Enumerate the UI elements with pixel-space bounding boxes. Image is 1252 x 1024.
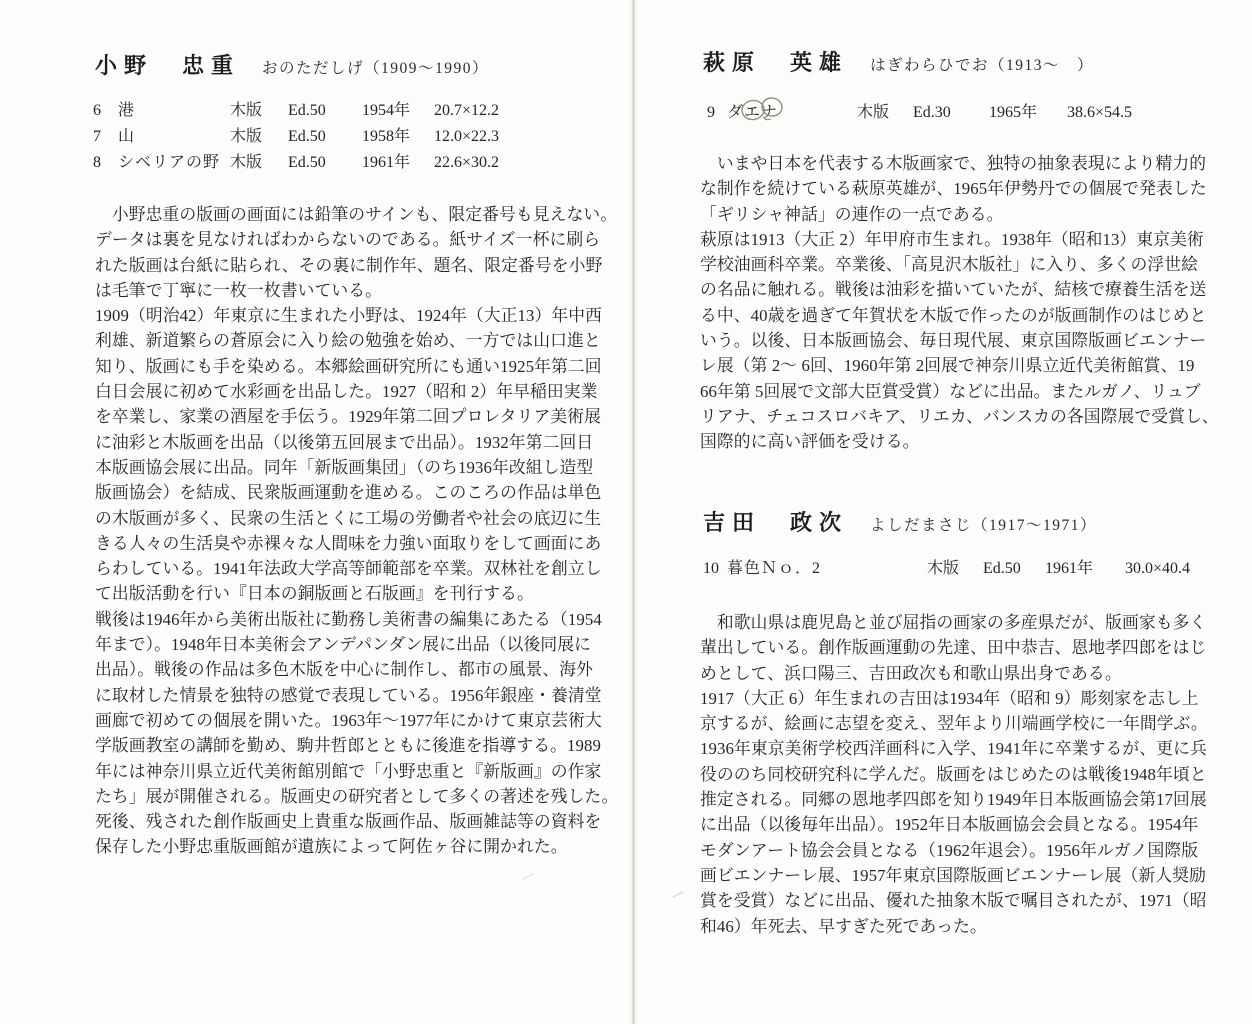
text-line: いまや日本を代表する木版画家で、独特の抽象表現により精力的 bbox=[700, 151, 1178, 176]
work-year: 1954年 bbox=[362, 98, 434, 124]
text-line: 年には神奈川県立近代美術館別館で「小野忠重と『新版画』の作家 bbox=[95, 759, 573, 784]
text-line: 年まで）。1948年日本美術会アンデパンダン展に出品（以後同展に bbox=[95, 632, 573, 657]
artist-reading: おのただしげ（1909～1990） bbox=[262, 60, 489, 77]
text-line: の木版画が多く、民衆の生活とくに工場の労働者や社会の底辺に生 bbox=[95, 506, 573, 531]
right-page: 萩原 英雄はぎわらひでお（1913～ ） 9 ダエナ 木版 Ed.30 1965… bbox=[638, 0, 1252, 1024]
text-line: データは裏を見なければわからないのである。紙サイズ一杯に刷ら bbox=[95, 227, 573, 252]
work-no: 10 bbox=[703, 556, 727, 582]
text-line: に出品（以後毎年出品）。1952年日本版画協会会員となる。1954年 bbox=[700, 812, 1178, 837]
work-no: 6 bbox=[93, 98, 118, 124]
work-no: 8 bbox=[93, 150, 118, 176]
text-line: 役ののち同校研究科に学んだ。版画をはじめたのは戦後1948年頃と bbox=[700, 762, 1178, 787]
text-line: な制作を続けている萩原英雄が、1965年伊勢丹での個展で発表した bbox=[700, 176, 1178, 201]
work-year: 1961年 bbox=[362, 150, 434, 176]
page-fold bbox=[629, 0, 638, 1024]
text-line: 萩原は1913（大正 2）年甲府市生まれ。1938年（昭和13）東京美術 bbox=[700, 227, 1178, 252]
work-edition: Ed.50 bbox=[983, 556, 1045, 582]
work-edition: Ed.50 bbox=[288, 124, 362, 150]
text-line: レ展（第 2～ 6回、1960年第 2回展で神奈川県立近代美術館賞、19 bbox=[700, 353, 1178, 378]
text-line: いう。以後、日本版画協会、毎日現代展、東京国際版画ビエンナー bbox=[700, 328, 1178, 353]
artist-reading: はぎわらひでお（1913～ ） bbox=[870, 57, 1094, 74]
work-size: 38.6×54.5 bbox=[1067, 100, 1132, 126]
text-line: 本版画協会展に出品。同年「新版画集団」（のち1936年改組し造型 bbox=[95, 455, 573, 480]
work-edition: Ed.30 bbox=[913, 100, 989, 126]
text-line: 66年第 5回展で文部大臣賞受賞）などに出品。またルガノ、リュブ bbox=[700, 379, 1178, 404]
text-line: めとして、浜口陽三、吉田政次も和歌山県出身である。 bbox=[700, 661, 1178, 686]
artist-name: 吉田 政次 bbox=[703, 510, 848, 535]
artist-name: 小野 忠重 bbox=[95, 53, 240, 78]
text-line: の名品に触れる。戦後は油彩を描いていたが、結核で療養生活を送 bbox=[700, 277, 1178, 302]
artist-reading: よしだまさじ（1917～1971） bbox=[870, 517, 1097, 534]
work-row: 8 シベリアの野 木版 Ed.50 1961年 22.6×30.2 bbox=[93, 150, 499, 176]
text-line: を卒業し、家業の酒屋を手伝う。1929年第二回プロレタリア美術展 bbox=[95, 404, 573, 429]
work-title: シベリアの野 bbox=[118, 150, 230, 176]
work-title: ダエナ bbox=[727, 100, 857, 126]
text-line: 和46）年死去、早すぎた死であった。 bbox=[700, 914, 1178, 939]
work-no: 9 bbox=[707, 100, 727, 126]
artist-entry-header: 吉田 政次よしだまさじ（1917～1971） bbox=[703, 506, 1097, 537]
work-size: 20.7×12.2 bbox=[434, 98, 499, 124]
text-line: 1917（大正 6）年生まれの吉田は1934年（昭和 9）彫刻家を志し上 bbox=[700, 686, 1178, 711]
text-line: に油彩と木版画を出品（以後第五回展まで出品）。1932年第二回日 bbox=[95, 430, 573, 455]
work-size: 12.0×22.3 bbox=[434, 124, 499, 150]
text-line: 学版画教室の講師を勤め、駒井哲郎とともに後進を指導する。1989 bbox=[95, 733, 573, 758]
work-size: 30.0×40.4 bbox=[1125, 556, 1190, 582]
works-table: 6 港 木版 Ed.50 1954年 20.7×12.2 7 山 木版 Ed.5… bbox=[93, 98, 499, 176]
work-year: 1965年 bbox=[989, 100, 1067, 126]
scanned-spread: 小野 忠重おのただしげ（1909～1990） 6 港 木版 Ed.50 1954… bbox=[0, 0, 1252, 1024]
work-technique: 木版 bbox=[230, 98, 288, 124]
work-edition: Ed.50 bbox=[288, 150, 362, 176]
work-row: 10 暮色Ｎｏ．2 木版 Ed.50 1961年 30.0×40.4 bbox=[703, 556, 1190, 582]
text-line: きる人々の生活臭や赤裸々な人間味を力強い面取りをして画面にあ bbox=[95, 531, 573, 556]
text-line: たち」展が開催される。版画史の研究者として多くの著述を残した。 bbox=[95, 784, 573, 809]
text-line: 死後、残された創作版画史上貴重な版画作品、版画雑誌等の資料を bbox=[95, 809, 573, 834]
text-line: 白日会展に初めて水彩画を出品した。1927（昭和 2）年早稲田実業 bbox=[95, 379, 573, 404]
biography-text: 和歌山県は鹿児島と並び屈指の画家の多産県だが、版画家も多く輩出している。創作版画… bbox=[700, 610, 1178, 939]
works-table: 10 暮色Ｎｏ．2 木版 Ed.50 1961年 30.0×40.4 bbox=[703, 556, 1190, 582]
text-line: る中、40歳を過ぎて年賀状を木版で作ったのが版画制作のはじめと bbox=[700, 303, 1178, 328]
work-technique: 木版 bbox=[230, 150, 288, 176]
text-line: 賞を受賞）などに出品、優れた抽象木版で嘱目されたが、1971（昭 bbox=[700, 888, 1178, 913]
text-line: 戦後は1946年から美術出版社に勤務し美術書の編集にあたる（1954 bbox=[95, 607, 573, 632]
work-year: 1961年 bbox=[1045, 556, 1125, 582]
text-line: 国際的に高い評価を受ける。 bbox=[700, 429, 1178, 454]
text-line: 知り、版画にも手を染める。本郷絵画研究所にも通い1925年第二回 bbox=[95, 354, 573, 379]
text-line: モダンアート協会会員となる（1962年退会）。1956年ルガノ国際版 bbox=[700, 838, 1178, 863]
work-year: 1958年 bbox=[362, 124, 434, 150]
work-no: 7 bbox=[93, 124, 118, 150]
biography-text: いまや日本を代表する木版画家で、独特の抽象表現により精力的な制作を続けている萩原… bbox=[700, 151, 1178, 455]
text-line: て出版活動を行い『日本の銅版画と石版画』を刊行する。 bbox=[95, 581, 573, 606]
text-line: 保存した小野忠重版画館が遺族によって阿佐ヶ谷に開かれた。 bbox=[95, 834, 573, 859]
text-line: リアナ、チェコスロバキア、リエカ、バンスカの各国際展で受賞し、 bbox=[700, 404, 1178, 429]
work-technique: 木版 bbox=[230, 124, 288, 150]
text-line: 輩出している。創作版画運動の先達、田中恭吉、恩地孝四郎をはじ bbox=[700, 635, 1178, 660]
work-technique: 木版 bbox=[927, 556, 983, 582]
work-title: 港 bbox=[118, 98, 230, 124]
biography-text: 小野忠重の版画の画面には鉛筆のサインも、限定番号も見えない。データは裏を見なけれ… bbox=[95, 202, 573, 860]
text-line: 推定される。同郷の恩地孝四郎を知り1949年日本版画協会第17回展 bbox=[700, 787, 1178, 812]
text-line: 1909（明治42）年東京に生まれた小野は、1924年（大正13）年中西 bbox=[95, 303, 573, 328]
scan-speck bbox=[672, 891, 683, 898]
text-line: 小野忠重の版画の画面には鉛筆のサインも、限定番号も見えない。 bbox=[95, 202, 573, 227]
text-line: れた版画は台紙に貼られ、その裏に制作年、題名、限定番号を小野 bbox=[95, 253, 573, 278]
text-line: 学校油画科卒業。卒業後、「高見沢木版社」に入り、多くの浮世絵 bbox=[700, 252, 1178, 277]
artist-name: 萩原 英雄 bbox=[703, 50, 848, 75]
works-table: 9 ダエナ 木版 Ed.30 1965年 38.6×54.5 bbox=[707, 100, 1132, 126]
work-row: 7 山 木版 Ed.50 1958年 12.0×22.3 bbox=[93, 124, 499, 150]
text-line: 出品）。戦後の作品は多色木版を中心に制作し、都市の風景、海外 bbox=[95, 657, 573, 682]
work-title: 山 bbox=[118, 124, 230, 150]
text-line: に取材した情景を独特の感覚で表現している。1956年銀座・養清堂 bbox=[95, 683, 573, 708]
work-row: 9 ダエナ 木版 Ed.30 1965年 38.6×54.5 bbox=[707, 100, 1132, 126]
text-line: 画廊で初めての個展を開いた。1963年～1977年にかけて東京芸術大 bbox=[95, 708, 573, 733]
work-title-text: ダエナ bbox=[727, 100, 778, 126]
scan-speck bbox=[522, 873, 533, 880]
work-edition: Ed.50 bbox=[288, 98, 362, 124]
work-technique: 木版 bbox=[857, 100, 913, 126]
text-line: 和歌山県は鹿児島と並び屈指の画家の多産県だが、版画家も多く bbox=[700, 610, 1178, 635]
text-line: 利雄、新道繁らの蒼原会に入り絵の勉強を始め、一方では山口進と bbox=[95, 328, 573, 353]
artist-entry-header: 小野 忠重おのただしげ（1909～1990） bbox=[95, 49, 489, 80]
text-line: 1936年東京美術学校西洋画科に入学、1941年に卒業するが、更に兵 bbox=[700, 736, 1178, 761]
text-line: らわしている。1941年法政大学高等師範部を卒業。双林社を創立し bbox=[95, 556, 573, 581]
text-line: 「ギリシャ神話」の連作の一点である。 bbox=[700, 202, 1178, 227]
text-line: 京するが、絵画に志望を変え、翌年より川端画学校に一年間学ぶ。 bbox=[700, 711, 1178, 736]
work-title: 暮色Ｎｏ．2 bbox=[727, 556, 927, 582]
artist-entry-header: 萩原 英雄はぎわらひでお（1913～ ） bbox=[703, 46, 1094, 77]
text-line: 版画協会）を結成、民衆版画運動を進める。このころの作品は単色 bbox=[95, 480, 573, 505]
left-page: 小野 忠重おのただしげ（1909～1990） 6 港 木版 Ed.50 1954… bbox=[0, 0, 630, 1024]
work-row: 6 港 木版 Ed.50 1954年 20.7×12.2 bbox=[93, 98, 499, 124]
work-size: 22.6×30.2 bbox=[434, 150, 499, 176]
text-line: 画ビエンナーレ展、1957年東京国際版画ビエンナーレ展（新人奨励 bbox=[700, 863, 1178, 888]
text-line: は毛筆で丁寧に一枚一枚書いている。 bbox=[95, 278, 573, 303]
